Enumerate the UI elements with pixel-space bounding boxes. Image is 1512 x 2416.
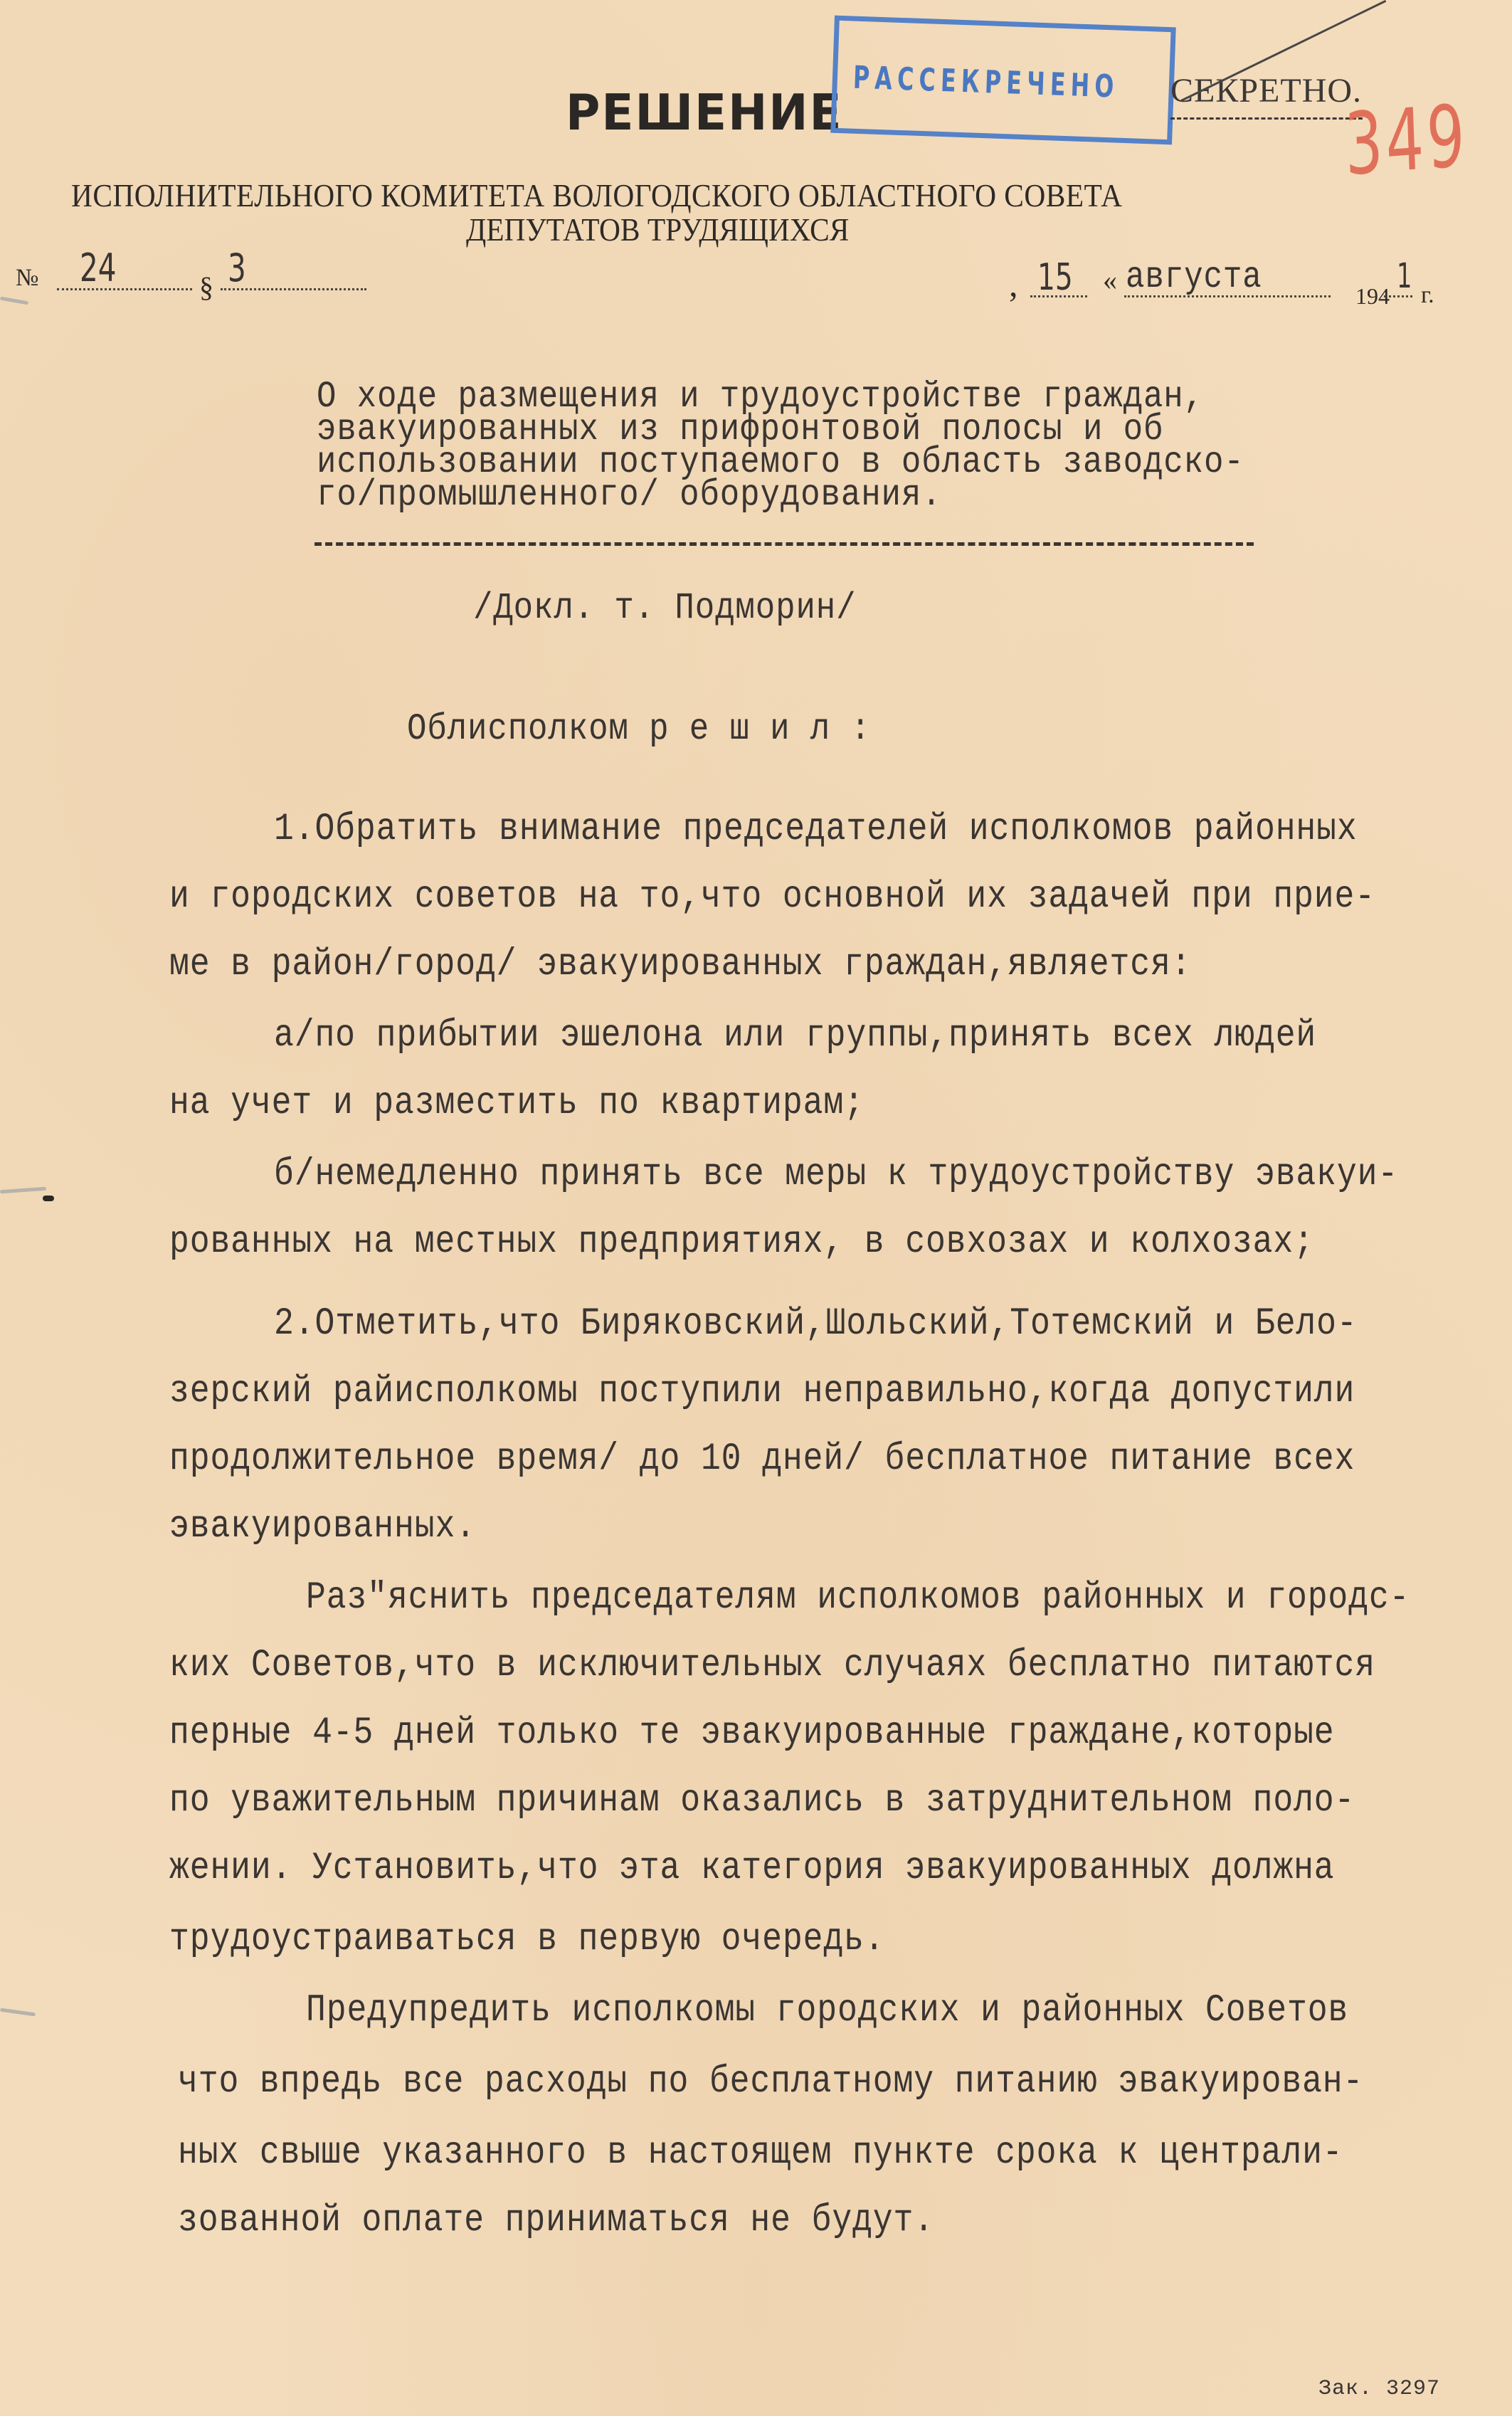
body-line: б/немедленно принять все меры к трудоуст… — [274, 1153, 1398, 1196]
body-line: рованных на местных предприятиях, в совх… — [169, 1220, 1314, 1264]
sheet-number-annotation: 349 — [1343, 87, 1469, 195]
binding-knot — [43, 1196, 54, 1201]
body-line: жении. Установить,что эта категория эвак… — [169, 1847, 1335, 1890]
binding-thread — [0, 1187, 46, 1194]
date-month: августа — [1126, 256, 1262, 298]
body-line: эвакуированных. — [169, 1505, 476, 1549]
number-label: № — [16, 265, 38, 292]
number-dotted-line — [57, 288, 192, 290]
classification-underline — [1170, 117, 1363, 120]
decision-number: 24 — [80, 246, 117, 290]
decided-heading: Облисполком р е ш и л : — [407, 708, 871, 750]
paragraph-number: 3 — [228, 246, 246, 290]
declassified-stamp: РАССЕКРЕЧЕНО — [830, 16, 1175, 145]
stamp-text: РАССЕКРЕЧЕНО — [852, 60, 1119, 105]
body-line: перные 4-5 дней только те эвакуированные… — [169, 1711, 1335, 1755]
date-month-line — [1124, 295, 1331, 297]
date-day-line — [1030, 295, 1087, 297]
subject-underline — [314, 542, 1254, 546]
date-day: 15 — [1037, 256, 1073, 299]
body-line: 1.Обратить внимание председателей исполк… — [274, 808, 1358, 851]
reporter: /Докл. т. Подморин/ — [473, 587, 856, 629]
body-line: по уважительным причинам оказались в зат… — [169, 1779, 1355, 1822]
body-line: трудоустраиваться в первую очередь. — [169, 1918, 885, 1961]
body-line: продолжительное время/ до 10 дней/ беспл… — [169, 1438, 1355, 1481]
binding-thread — [0, 2008, 36, 2017]
document-title: РЕШЕНИЕ — [566, 84, 843, 142]
date-year-suffix: г. — [1421, 282, 1434, 309]
paragraph-dotted-line — [221, 288, 366, 290]
body-line: ких Советов,что в исключительных случаях… — [169, 1644, 1375, 1687]
issuer-line-1: ИСПОЛНИТЕЛЬНОГО КОМИТЕТА ВОЛОГОДСКОГО ОБ… — [71, 176, 1211, 214]
body-line: ных свыше указанного в настоящем пункте … — [178, 2131, 1343, 2175]
paragraph-label: § — [199, 270, 213, 304]
binding-thread — [0, 297, 28, 305]
date-open-quote: , — [1009, 263, 1018, 305]
body-line: и городских советов на то,что основной и… — [169, 875, 1375, 919]
date-close-quote: « — [1103, 263, 1117, 297]
print-order-number: Зак. 3297 — [1318, 2377, 1440, 2401]
body-line: зованной оплате приниматься не будут. — [178, 2199, 934, 2242]
body-line: зерский райисполкомы поступили неправиль… — [169, 1370, 1355, 1413]
body-line: что впредь все расходы по бесплатному пи… — [178, 2060, 1363, 2104]
body-line: ме в район/город/ эвакуированных граждан… — [169, 943, 1191, 986]
body-line: а/по прибытии эшелона или группы,принять… — [274, 1014, 1316, 1057]
date-year-digit: 1 — [1397, 256, 1412, 296]
body-line: 2.Отметить,что Биряковский,Шольский,Тоте… — [274, 1302, 1358, 1346]
body-line: на учет и разместить по квартирам; — [169, 1082, 865, 1125]
body-line: Предупредить исполкомы городских и район… — [306, 1989, 1348, 2032]
body-line: Раз"яснить председателям исполкомов райо… — [306, 1576, 1410, 1620]
issuer-line-2: ДЕПУТАТОВ ТРУДЯЩИХСЯ — [466, 211, 849, 248]
decision-subject: О ходе размещения и трудоустройстве граж… — [317, 381, 1193, 512]
